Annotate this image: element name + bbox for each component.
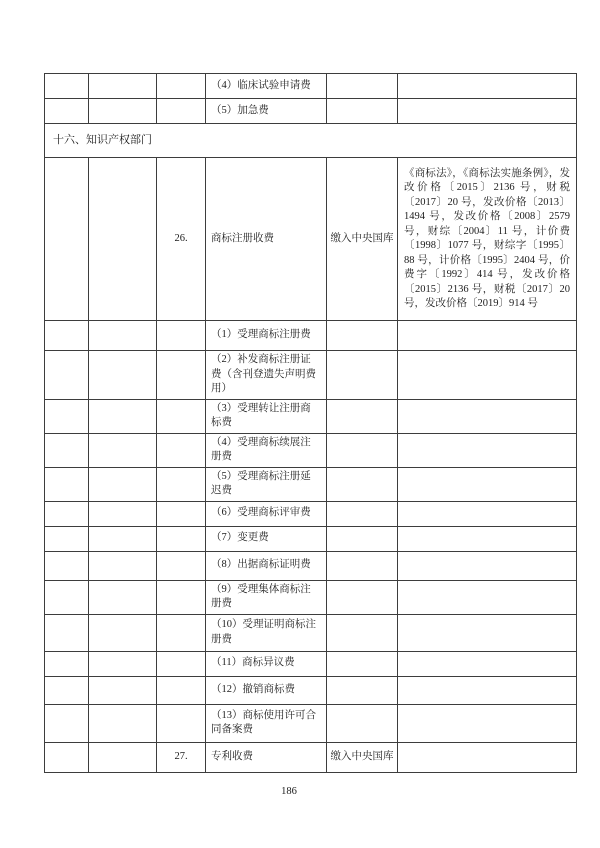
cell-empty [89, 501, 157, 526]
cell-empty [89, 614, 157, 651]
cell-empty [398, 704, 577, 742]
fee-item-label: （4）临床试验申请费 [206, 74, 327, 99]
table-row: （1）受理商标注册费 [45, 321, 577, 351]
cell-empty [45, 433, 89, 467]
cell-empty [398, 676, 577, 704]
cell-empty [45, 158, 89, 321]
cell-empty [45, 551, 89, 580]
cell-empty [157, 467, 206, 501]
cell-empty [45, 321, 89, 351]
cell-empty [157, 433, 206, 467]
fee-number: 27. [157, 742, 206, 772]
subfee-label: （4）受理商标续展注册费 [206, 433, 327, 467]
cell-empty [89, 651, 157, 676]
subfee-label: （5）受理商标注册延迟费 [206, 467, 327, 501]
cell-empty [327, 99, 398, 124]
table-row: （12）撤销商标费 [45, 676, 577, 704]
cell-empty [398, 651, 577, 676]
cell-empty [398, 433, 577, 467]
subfee-label: （1）受理商标注册费 [206, 321, 327, 351]
cell-empty [45, 74, 89, 99]
cell-empty [157, 614, 206, 651]
cell-empty [327, 399, 398, 433]
fee-collection: 缴入中央国库 [327, 742, 398, 772]
subfee-label: （11）商标异议费 [206, 651, 327, 676]
cell-empty [327, 433, 398, 467]
table-row: （7）变更费 [45, 526, 577, 551]
table-row: （13）商标使用许可合同备案费 [45, 704, 577, 742]
subfee-label: （7）变更费 [206, 526, 327, 551]
section-header: 十六、知识产权部门 [45, 124, 577, 158]
subfee-label: （12）撤销商标费 [206, 676, 327, 704]
cell-empty [157, 501, 206, 526]
document-page: （4）临床试验申请费 （5）加急费 十六、知识产权部门 26. 商标注册收费 缴… [0, 0, 600, 848]
cell-empty [89, 351, 157, 400]
cell-empty [398, 580, 577, 614]
subfee-label: （3）受理转让注册商标费 [206, 399, 327, 433]
cell-empty [398, 467, 577, 501]
cell-empty [89, 742, 157, 772]
cell-empty [157, 526, 206, 551]
fee-item-27-row: 27. 专利收费 缴入中央国库 [45, 742, 577, 772]
cell-empty [157, 551, 206, 580]
cell-empty [327, 467, 398, 501]
cell-empty [327, 614, 398, 651]
subfee-label: （2）补发商标注册证费（含刊登遗失声明费用） [206, 351, 327, 400]
cell-empty [327, 74, 398, 99]
table-row: （5）加急费 [45, 99, 577, 124]
cell-empty [398, 321, 577, 351]
page-number: 186 [0, 786, 578, 797]
cell-empty [157, 676, 206, 704]
table-row: （10）受理证明商标注册费 [45, 614, 577, 651]
fee-schedule-table: （4）临床试验申请费 （5）加急费 十六、知识产权部门 26. 商标注册收费 缴… [44, 73, 577, 773]
cell-empty [398, 74, 577, 99]
cell-empty [398, 351, 577, 400]
subfee-label: （6）受理商标评审费 [206, 501, 327, 526]
cell-empty [89, 321, 157, 351]
table-row: （11）商标异议费 [45, 651, 577, 676]
cell-empty [89, 399, 157, 433]
cell-empty [45, 399, 89, 433]
cell-empty [89, 467, 157, 501]
cell-empty [45, 526, 89, 551]
fee-item-26-row: 26. 商标注册收费 缴入中央国库 《商标法》，《商标法实施条例》，发改价格〔2… [45, 158, 577, 321]
cell-empty [398, 99, 577, 124]
cell-empty [89, 580, 157, 614]
cell-empty [398, 399, 577, 433]
cell-empty [398, 614, 577, 651]
cell-empty [398, 501, 577, 526]
cell-empty [157, 351, 206, 400]
cell-empty [327, 526, 398, 551]
cell-empty [45, 99, 89, 124]
subfee-label: （8）出据商标证明费 [206, 551, 327, 580]
cell-empty [157, 704, 206, 742]
cell-empty [89, 99, 157, 124]
cell-empty [157, 651, 206, 676]
cell-empty [327, 651, 398, 676]
table-row: （5）受理商标注册延迟费 [45, 467, 577, 501]
table-row: （6）受理商标评审费 [45, 501, 577, 526]
subfee-label: （10）受理证明商标注册费 [206, 614, 327, 651]
cell-empty [327, 321, 398, 351]
cell-empty [398, 742, 577, 772]
cell-empty [89, 433, 157, 467]
cell-empty [157, 399, 206, 433]
subfee-label: （13）商标使用许可合同备案费 [206, 704, 327, 742]
cell-empty [45, 614, 89, 651]
cell-empty [327, 551, 398, 580]
cell-empty [157, 321, 206, 351]
cell-empty [45, 676, 89, 704]
cell-empty [89, 676, 157, 704]
cell-empty [45, 351, 89, 400]
cell-empty [327, 351, 398, 400]
table-row: （4）受理商标续展注册费 [45, 433, 577, 467]
cell-empty [157, 580, 206, 614]
cell-empty [327, 676, 398, 704]
cell-empty [157, 99, 206, 124]
cell-empty [45, 580, 89, 614]
subfee-label: （9）受理集体商标注册费 [206, 580, 327, 614]
table-row: （3）受理转让注册商标费 [45, 399, 577, 433]
fee-legal-basis: 《商标法》，《商标法实施条例》，发改价格〔2015〕2136 号，财税〔2017… [398, 158, 577, 321]
cell-empty [398, 551, 577, 580]
cell-empty [89, 158, 157, 321]
cell-empty [89, 704, 157, 742]
cell-empty [45, 501, 89, 526]
cell-empty [45, 467, 89, 501]
fee-name: 商标注册收费 [206, 158, 327, 321]
fee-collection: 缴入中央国库 [327, 158, 398, 321]
cell-empty [89, 526, 157, 551]
cell-empty [45, 704, 89, 742]
table-row: （8）出据商标证明费 [45, 551, 577, 580]
cell-empty [327, 704, 398, 742]
cell-empty [45, 651, 89, 676]
cell-empty [327, 501, 398, 526]
table-row: （4）临床试验申请费 [45, 74, 577, 99]
cell-empty [89, 74, 157, 99]
cell-empty [89, 551, 157, 580]
section-header-row: 十六、知识产权部门 [45, 124, 577, 158]
fee-number: 26. [157, 158, 206, 321]
cell-empty [45, 742, 89, 772]
fee-item-label: （5）加急费 [206, 99, 327, 124]
fee-name: 专利收费 [206, 742, 327, 772]
cell-empty [157, 74, 206, 99]
cell-empty [398, 526, 577, 551]
table-row: （9）受理集体商标注册费 [45, 580, 577, 614]
cell-empty [327, 580, 398, 614]
table-row: （2）补发商标注册证费（含刊登遗失声明费用） [45, 351, 577, 400]
